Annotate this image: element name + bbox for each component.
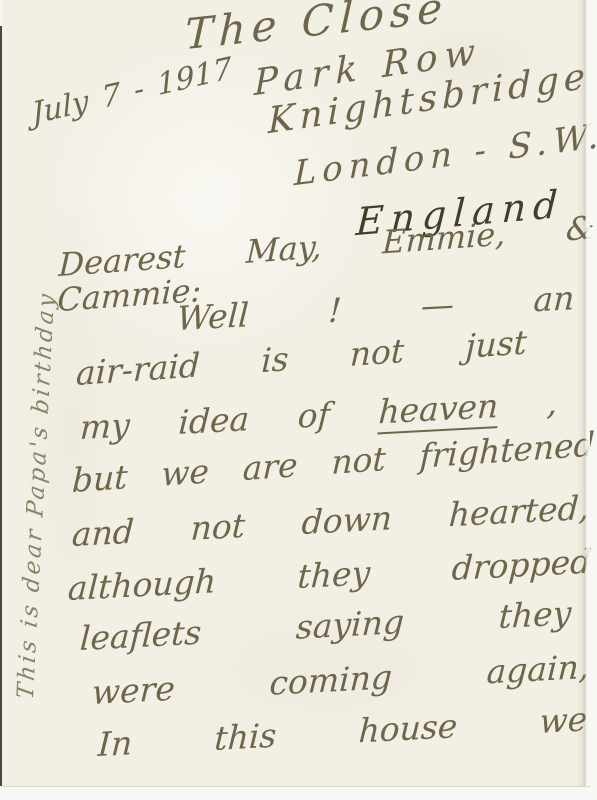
letter-page: The Close Park Row Knightsbridge London … <box>2 0 590 787</box>
letter-line: leaflets saying they <box>79 595 572 657</box>
letter-line: air-raid is not just <box>75 324 527 392</box>
scanned-letter: The Close Park Row Knightsbridge London … <box>0 0 597 800</box>
letter-line: and not down hearted, <box>71 490 590 554</box>
letter-line: were coming again, <box>91 649 590 712</box>
line-text: , <box>497 383 558 425</box>
underlined-word: heaven <box>377 386 499 434</box>
scan-edge <box>0 26 2 786</box>
letter-date: July 7 - 1917 <box>31 52 234 131</box>
letter-line: In this house we <box>97 701 588 763</box>
line-text: my idea of <box>79 392 380 447</box>
